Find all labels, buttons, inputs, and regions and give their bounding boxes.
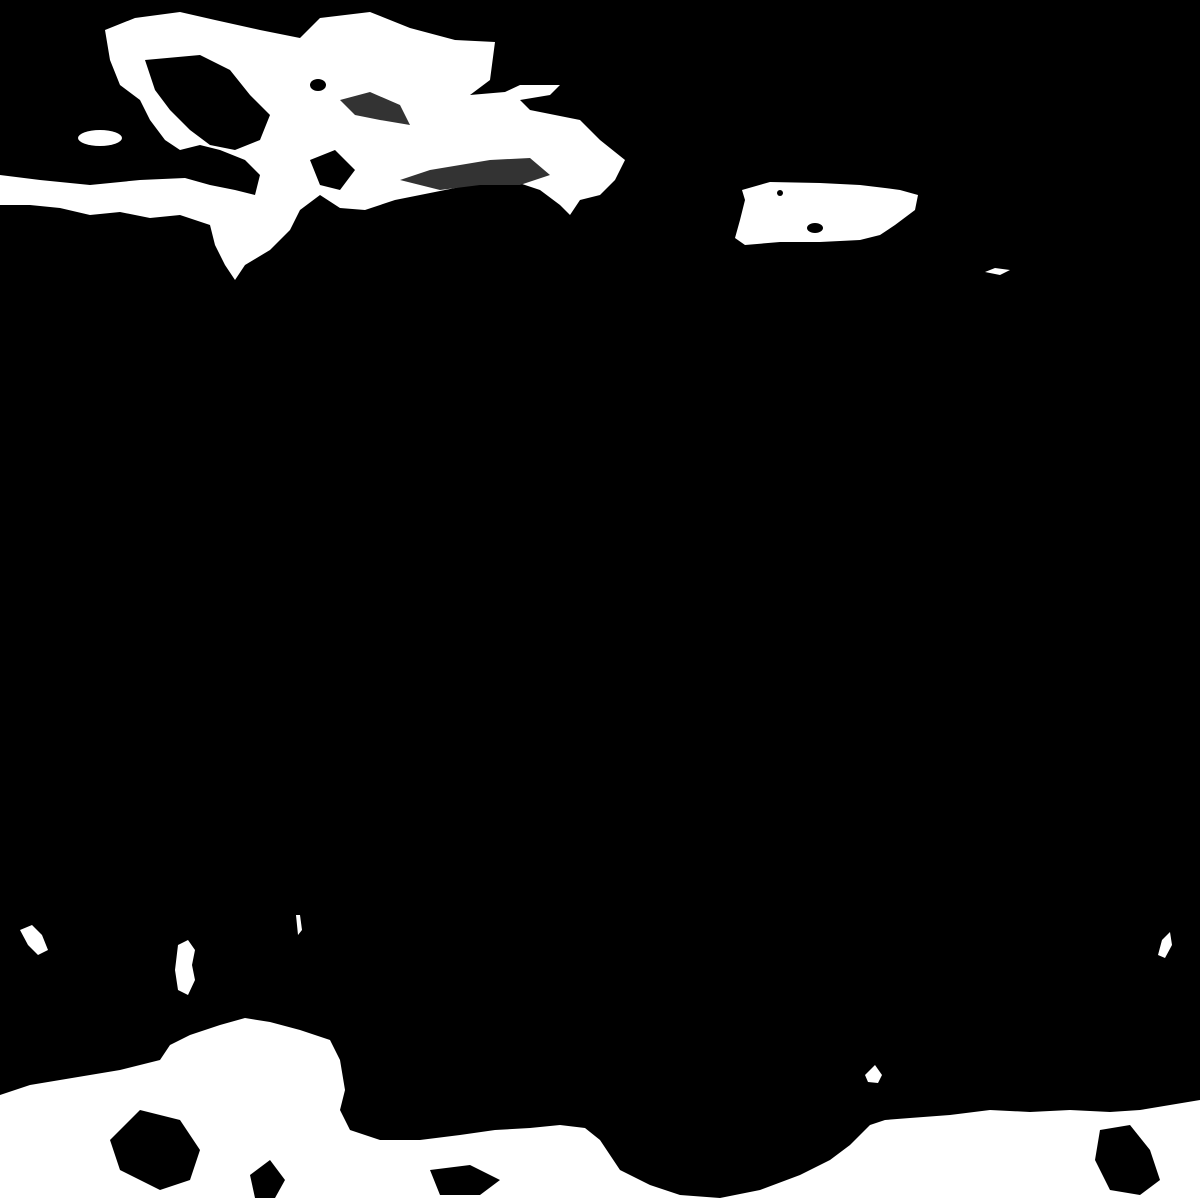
puerto-rico — [735, 182, 918, 245]
grenada — [1158, 932, 1172, 958]
margarita-island — [865, 1065, 882, 1083]
south-america-coast — [0, 1018, 1200, 1200]
land-mask — [0, 0, 1200, 1200]
abc-islands — [20, 915, 302, 995]
virgin-islands — [985, 268, 1010, 275]
map-canvas — [0, 0, 1200, 1200]
hispaniola — [0, 12, 625, 280]
